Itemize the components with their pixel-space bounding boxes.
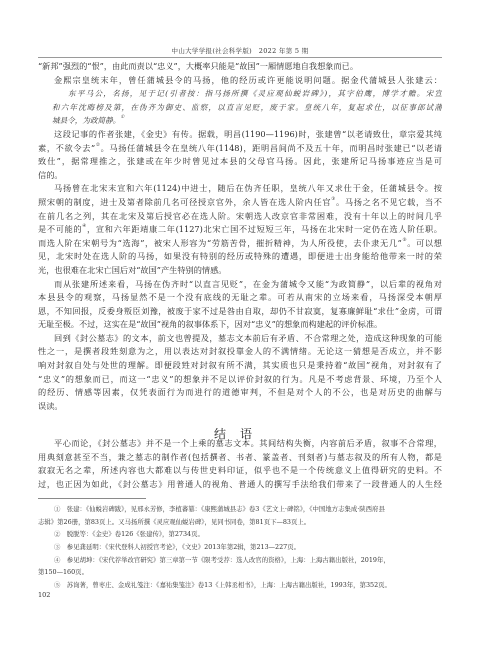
text-line: 素，不欲令去”②。马扬任蒲城县令在皇统八年(1148)，距明昌间尚不及五十年，而… xyxy=(38,142,442,156)
footnote: ① 张建：《仙蜕岩碑跋》，见邢永芳修，李植蕃纂：《康熙蒲城县志》卷3《艺文上·碑… xyxy=(38,503,442,516)
text-line: 性之一，是撰者段甡刻意为之，用以表达对封叙投靠金人的不满情绪。无论这一猜想是否成… xyxy=(38,345,442,359)
text-line: 和六年沈晦榜及第，在伪齐为御史、监察，以直言见贬，废于家。皇统八年，复起求仕，以… xyxy=(38,101,442,115)
text-line: 寂寂无名之辈，所述内容也大都难以与传世史料印证，似乎也不是一个传统意义上值得研究… xyxy=(38,464,442,478)
text-line: 见，北宋时处在选人阶的马扬，如果没有特别的经历或特殊的遭遇，即便进士出身能给他带… xyxy=(38,250,442,264)
text-line: 响对封叙自处与处世的理解。即便段甡对封叙有所不满，其实质也只是秉持着“故国”视角… xyxy=(38,359,442,373)
text-line: 这段记事的作者张建，《金史》有传。据载，明昌(1190—1196)时，张建曾“以… xyxy=(38,128,442,142)
footnote-rule xyxy=(38,498,146,499)
text-line: 在前几名之列，其在北宋及第后授官必在选人阶。宋朝选人改京官非常困难，没有十年以上… xyxy=(38,210,442,224)
text-line: 马扬曾在北宋末宣和六年(1124)中进士，随后在伪齐任职，皇统八年又求仕于金，任… xyxy=(38,182,442,196)
text-line: 城县令，为政简静。① xyxy=(38,114,442,128)
text-line: 用典刻意甚至不当，兼之墓志的制作者(包括撰者、书者、篆盖者、刊刻者)与墓志叙及的… xyxy=(38,451,442,465)
text-line: 是不可能的④，宣和六年距靖康二年(1127)北宋亡国不过短短三年，马扬在北宋时一… xyxy=(38,223,442,237)
running-header: 中山大学学报(社会科学版) 2022 年第 5 期 xyxy=(0,0,480,57)
text-line: “新邦”强烈的“恨”，由此而责以“忠义”，大概率只能是“故国”一厢情愿地自我想象… xyxy=(38,60,442,74)
text-line: 误读。 xyxy=(38,400,442,414)
text-line: 信的。 xyxy=(38,169,442,183)
footnote: 第150—160页。 xyxy=(38,566,442,579)
footnotes: ① 张建：《仙蜕岩碑跋》，见邢永芳修，李植蕃纂：《康熙蒲城县志》卷3《艺文上·碑… xyxy=(38,503,442,592)
text-line: 金熙宗皇统末年，曾任蒲城县令的马扬，他的经历或许更能说明问题。据金代蒲城县人张建… xyxy=(38,74,442,88)
text-line: 照宋朝的制度，进士及第者除前几名可径授京官外，余人皆在选人阶内任官③。马扬之名不… xyxy=(38,196,442,210)
text-line: 而从张建所述来看，马扬在伪齐时“以直言见贬”，在金为蒲城令又能“为政简静”，以后… xyxy=(38,278,442,292)
footnote: ⑤ 苏询著，曾枣庄、金成礼笺注：《嘉祐集笺注》卷13《上韩丞相书》，上海：上海古… xyxy=(38,579,442,592)
text-line: 光，也很难在北宋亡国后对“故国”产生特别的情感。 xyxy=(38,264,442,278)
page-number: 102 xyxy=(38,591,50,599)
text-line: 而选人阶在宋朝号为“选海”，被宋人形容为“劳筋苦骨，摧折精神，为人所役使，去仆隶… xyxy=(38,237,442,251)
text-line: 无耻至极。不过，这实在是“故国”视角的叙事体系下，因对“忠义”的想象而构建起的评… xyxy=(38,318,442,332)
header-rule xyxy=(38,57,442,58)
footnote-ref[interactable]: ① xyxy=(120,115,124,120)
footnote: ② 脱脱等：《金史》卷126《张建传》，第2734页。 xyxy=(38,528,442,541)
text-line: 的经历、情感等因素，仅凭表面行为而进行的道德审判，不但是对个人的不公，也是对历史… xyxy=(38,386,442,400)
text-line: “忠义”的想象而已，而这一“忠义”的想象并不足以评价封叙的行为。凡是不考虑背景、… xyxy=(38,373,442,387)
text-line: 致仕”，据常理推之，张建或在年少时曾见过本县的父母官马扬。因此，张建所记马扬事迹… xyxy=(38,155,442,169)
text-line: 恩，不知回报，反委身叛臣刘豫，被废于家不过是咎由自取，却仍不甘寂寞，复寡廉鲜耻“… xyxy=(38,305,442,319)
text-line: 回到《封公墓志》的文本，前文也曾提及，墓志文本前后有矛盾、不合常理之处，造成这种… xyxy=(38,332,442,346)
text-line: 过，也正因为如此，《封公墓志》用普通人的视角、普通人的撰写手法给我们带来了一段普… xyxy=(38,478,442,492)
footnote: ④ 参见胡坤：《宋代荐举改官研究》第三章第一节《限考受荐：选人改官的资格》，上海… xyxy=(38,554,442,567)
conclusion-text: 平心而论，《封公墓志》并不是一个上乘的墓志文本。其间结构失衡，内容前后矛盾，叙事… xyxy=(38,437,442,491)
journal-title: 中山大学学报(社会科学版) 2022 年第 5 期 xyxy=(0,46,480,55)
footnote: 志辑》第26册，第83页上。又马扬所撰《灵应观仙蜕岩碑》，见同书同卷，第81页下… xyxy=(38,516,442,529)
text-line: 平心而论，《封公墓志》并不是一个上乘的墓志文本。其间结构失衡，内容前后矛盾，叙事… xyxy=(38,437,442,451)
text-line: 本县县令的观察，马扬显然不是一个没有底线的无耻之辈。可若从南宋的立场来看，马扬深… xyxy=(38,291,442,305)
body-text: “新邦”强烈的“恨”，由此而责以“忠义”，大概率只能是“故国”一厢情愿地自我想象… xyxy=(38,60,442,413)
footnote: ③ 参见龚延明：《宋代登科人初授官考论》，《文史》2013年第2辑，第213—2… xyxy=(38,541,442,554)
text-line: 东平马公，名扬，见于记(引者按：指马扬所撰《灵应观仙蜕岩碑》)，其字伯鹰，博学才… xyxy=(38,87,442,101)
